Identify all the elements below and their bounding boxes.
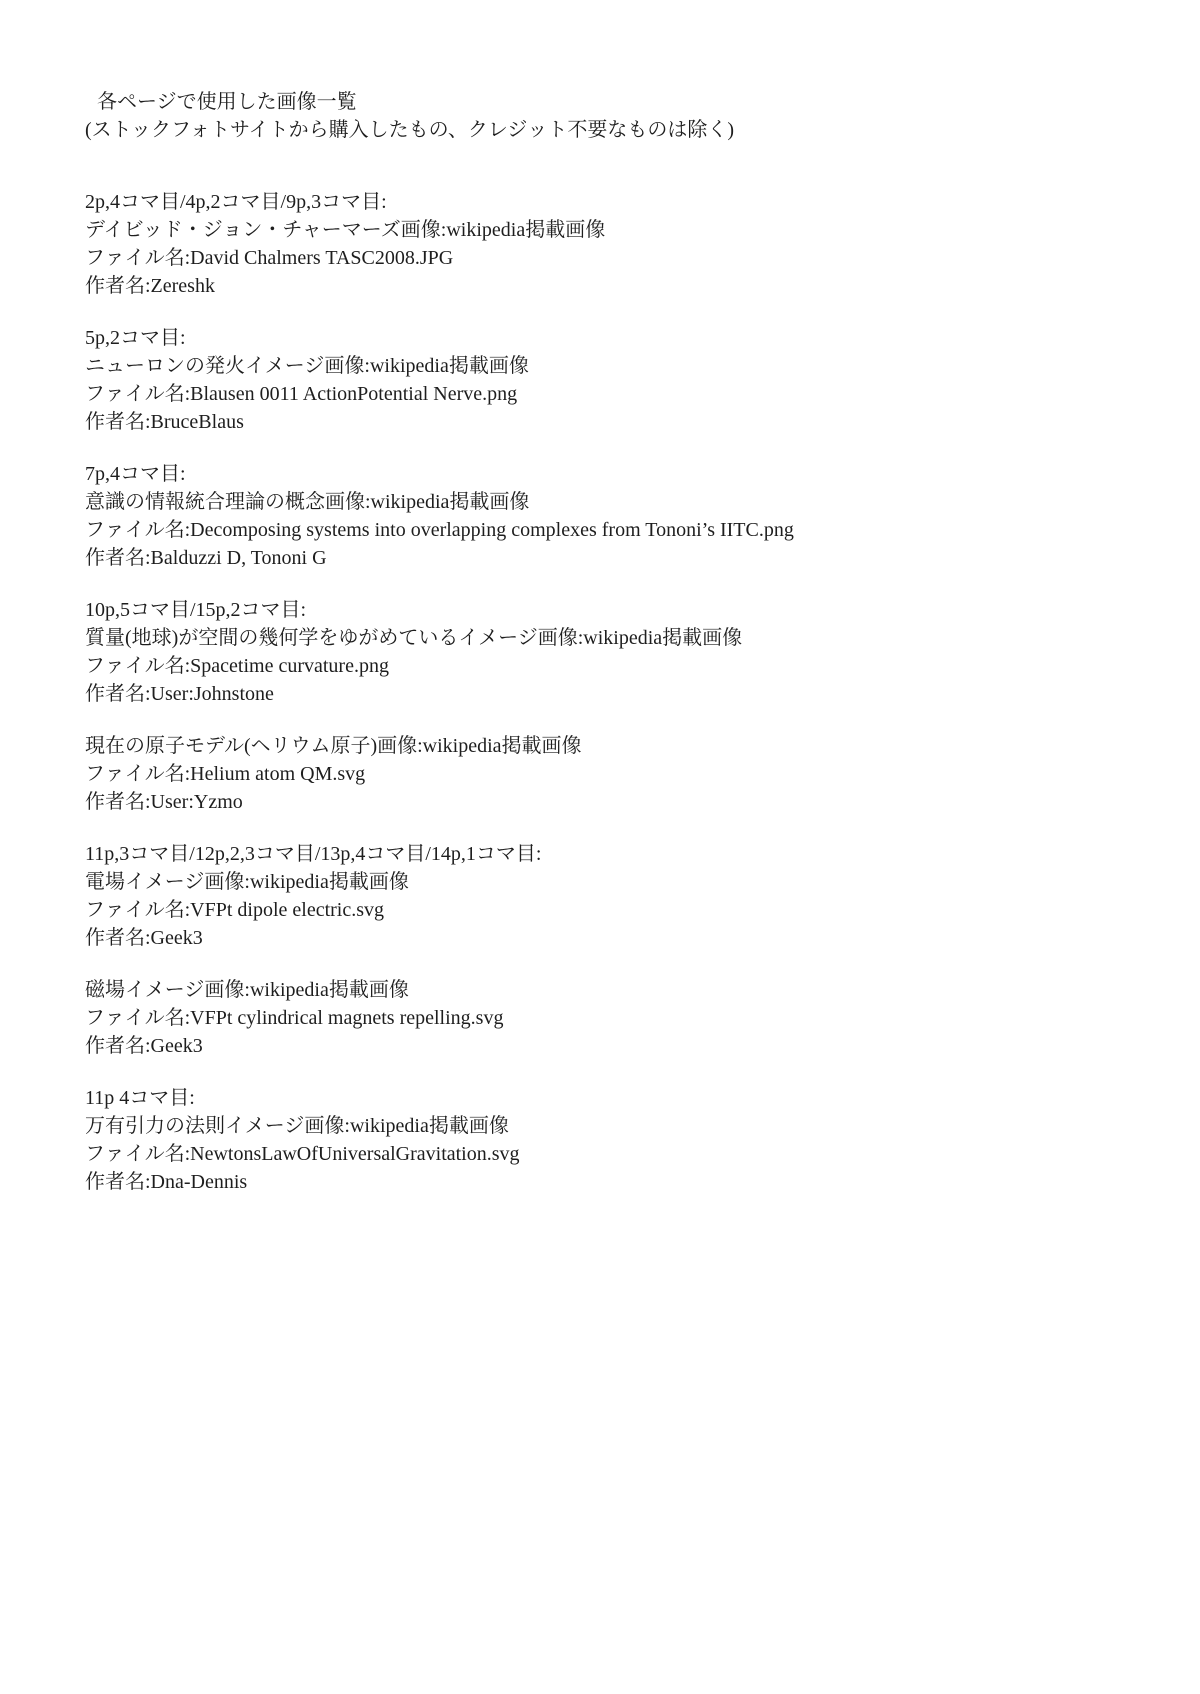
- entry-filename: ファイル名:David Chalmers TASC2008.JPG: [85, 244, 1140, 272]
- entry-description: 電場イメージ画像:wikipedia掲載画像: [85, 868, 1140, 896]
- page-subtitle: (ストックフォトサイトから購入したもの、クレジット不要なものは除く): [85, 116, 1140, 144]
- document-page: 各ページで使用した画像一覧 (ストックフォトサイトから購入したもの、クレジット不…: [0, 0, 1200, 1694]
- entry-description: 万有引力の法則イメージ画像:wikipedia掲載画像: [85, 1112, 1140, 1140]
- image-credit-entry: 2p,4コマ目/4p,2コマ目/9p,3コマ目: デイビッド・ジョン・チャーマー…: [85, 188, 1140, 300]
- entry-description: ニューロンの発火イメージ画像:wikipedia掲載画像: [85, 352, 1140, 380]
- entry-filename: ファイル名:Spacetime curvature.png: [85, 652, 1140, 680]
- entry-pages: 5p,2コマ目:: [85, 324, 1140, 352]
- image-credit-entry: 現在の原子モデル(ヘリウム原子)画像:wikipedia掲載画像 ファイル名:H…: [85, 732, 1140, 816]
- entry-author: 作者名:Geek3: [85, 1032, 1140, 1060]
- image-credit-entry: 11p 4コマ目: 万有引力の法則イメージ画像:wikipedia掲載画像 ファ…: [85, 1084, 1140, 1196]
- entry-author: 作者名:User:Johnstone: [85, 680, 1140, 708]
- entry-pages: 11p,3コマ目/12p,2,3コマ目/13p,4コマ目/14p,1コマ目:: [85, 840, 1140, 868]
- entry-filename: ファイル名:NewtonsLawOfUniversalGravitation.s…: [85, 1140, 1140, 1168]
- entry-author: 作者名:Balduzzi D, Tononi G: [85, 544, 1140, 572]
- image-credit-entry: 5p,2コマ目: ニューロンの発火イメージ画像:wikipedia掲載画像 ファ…: [85, 324, 1140, 436]
- entry-pages: 11p 4コマ目:: [85, 1084, 1140, 1112]
- entry-author: 作者名:Geek3: [85, 924, 1140, 952]
- entry-pages: 10p,5コマ目/15p,2コマ目:: [85, 596, 1140, 624]
- image-credit-entry: 11p,3コマ目/12p,2,3コマ目/13p,4コマ目/14p,1コマ目: 電…: [85, 840, 1140, 952]
- image-credit-entry: 7p,4コマ目: 意識の情報統合理論の概念画像:wikipedia掲載画像 ファ…: [85, 460, 1140, 572]
- image-credit-entry: 磁場イメージ画像:wikipedia掲載画像 ファイル名:VFPt cylind…: [85, 976, 1140, 1060]
- entry-filename: ファイル名:Decomposing systems into overlappi…: [85, 516, 1140, 544]
- entry-description: 現在の原子モデル(ヘリウム原子)画像:wikipedia掲載画像: [85, 732, 1140, 760]
- image-credit-entry: 10p,5コマ目/15p,2コマ目: 質量(地球)が空間の幾何学をゆがめているイ…: [85, 596, 1140, 708]
- entry-pages: 2p,4コマ目/4p,2コマ目/9p,3コマ目:: [85, 188, 1140, 216]
- entry-description: 意識の情報統合理論の概念画像:wikipedia掲載画像: [85, 488, 1140, 516]
- entry-filename: ファイル名:VFPt cylindrical magnets repelling…: [85, 1004, 1140, 1032]
- entry-description: デイビッド・ジョン・チャーマーズ画像:wikipedia掲載画像: [85, 216, 1140, 244]
- entry-pages: 7p,4コマ目:: [85, 460, 1140, 488]
- entry-filename: ファイル名:Helium atom QM.svg: [85, 760, 1140, 788]
- entry-author: 作者名:BruceBlaus: [85, 408, 1140, 436]
- entry-filename: ファイル名:VFPt dipole electric.svg: [85, 896, 1140, 924]
- entry-description: 磁場イメージ画像:wikipedia掲載画像: [85, 976, 1140, 1004]
- entry-author: 作者名:Dna-Dennis: [85, 1168, 1140, 1196]
- entry-filename: ファイル名:Blausen 0011 ActionPotential Nerve…: [85, 380, 1140, 408]
- entry-description: 質量(地球)が空間の幾何学をゆがめているイメージ画像:wikipedia掲載画像: [85, 624, 1140, 652]
- image-credit-list: 2p,4コマ目/4p,2コマ目/9p,3コマ目: デイビッド・ジョン・チャーマー…: [85, 188, 1140, 1196]
- entry-author: 作者名:User:Yzmo: [85, 788, 1140, 816]
- entry-author: 作者名:Zereshk: [85, 272, 1140, 300]
- page-title: 各ページで使用した画像一覧: [85, 88, 1140, 116]
